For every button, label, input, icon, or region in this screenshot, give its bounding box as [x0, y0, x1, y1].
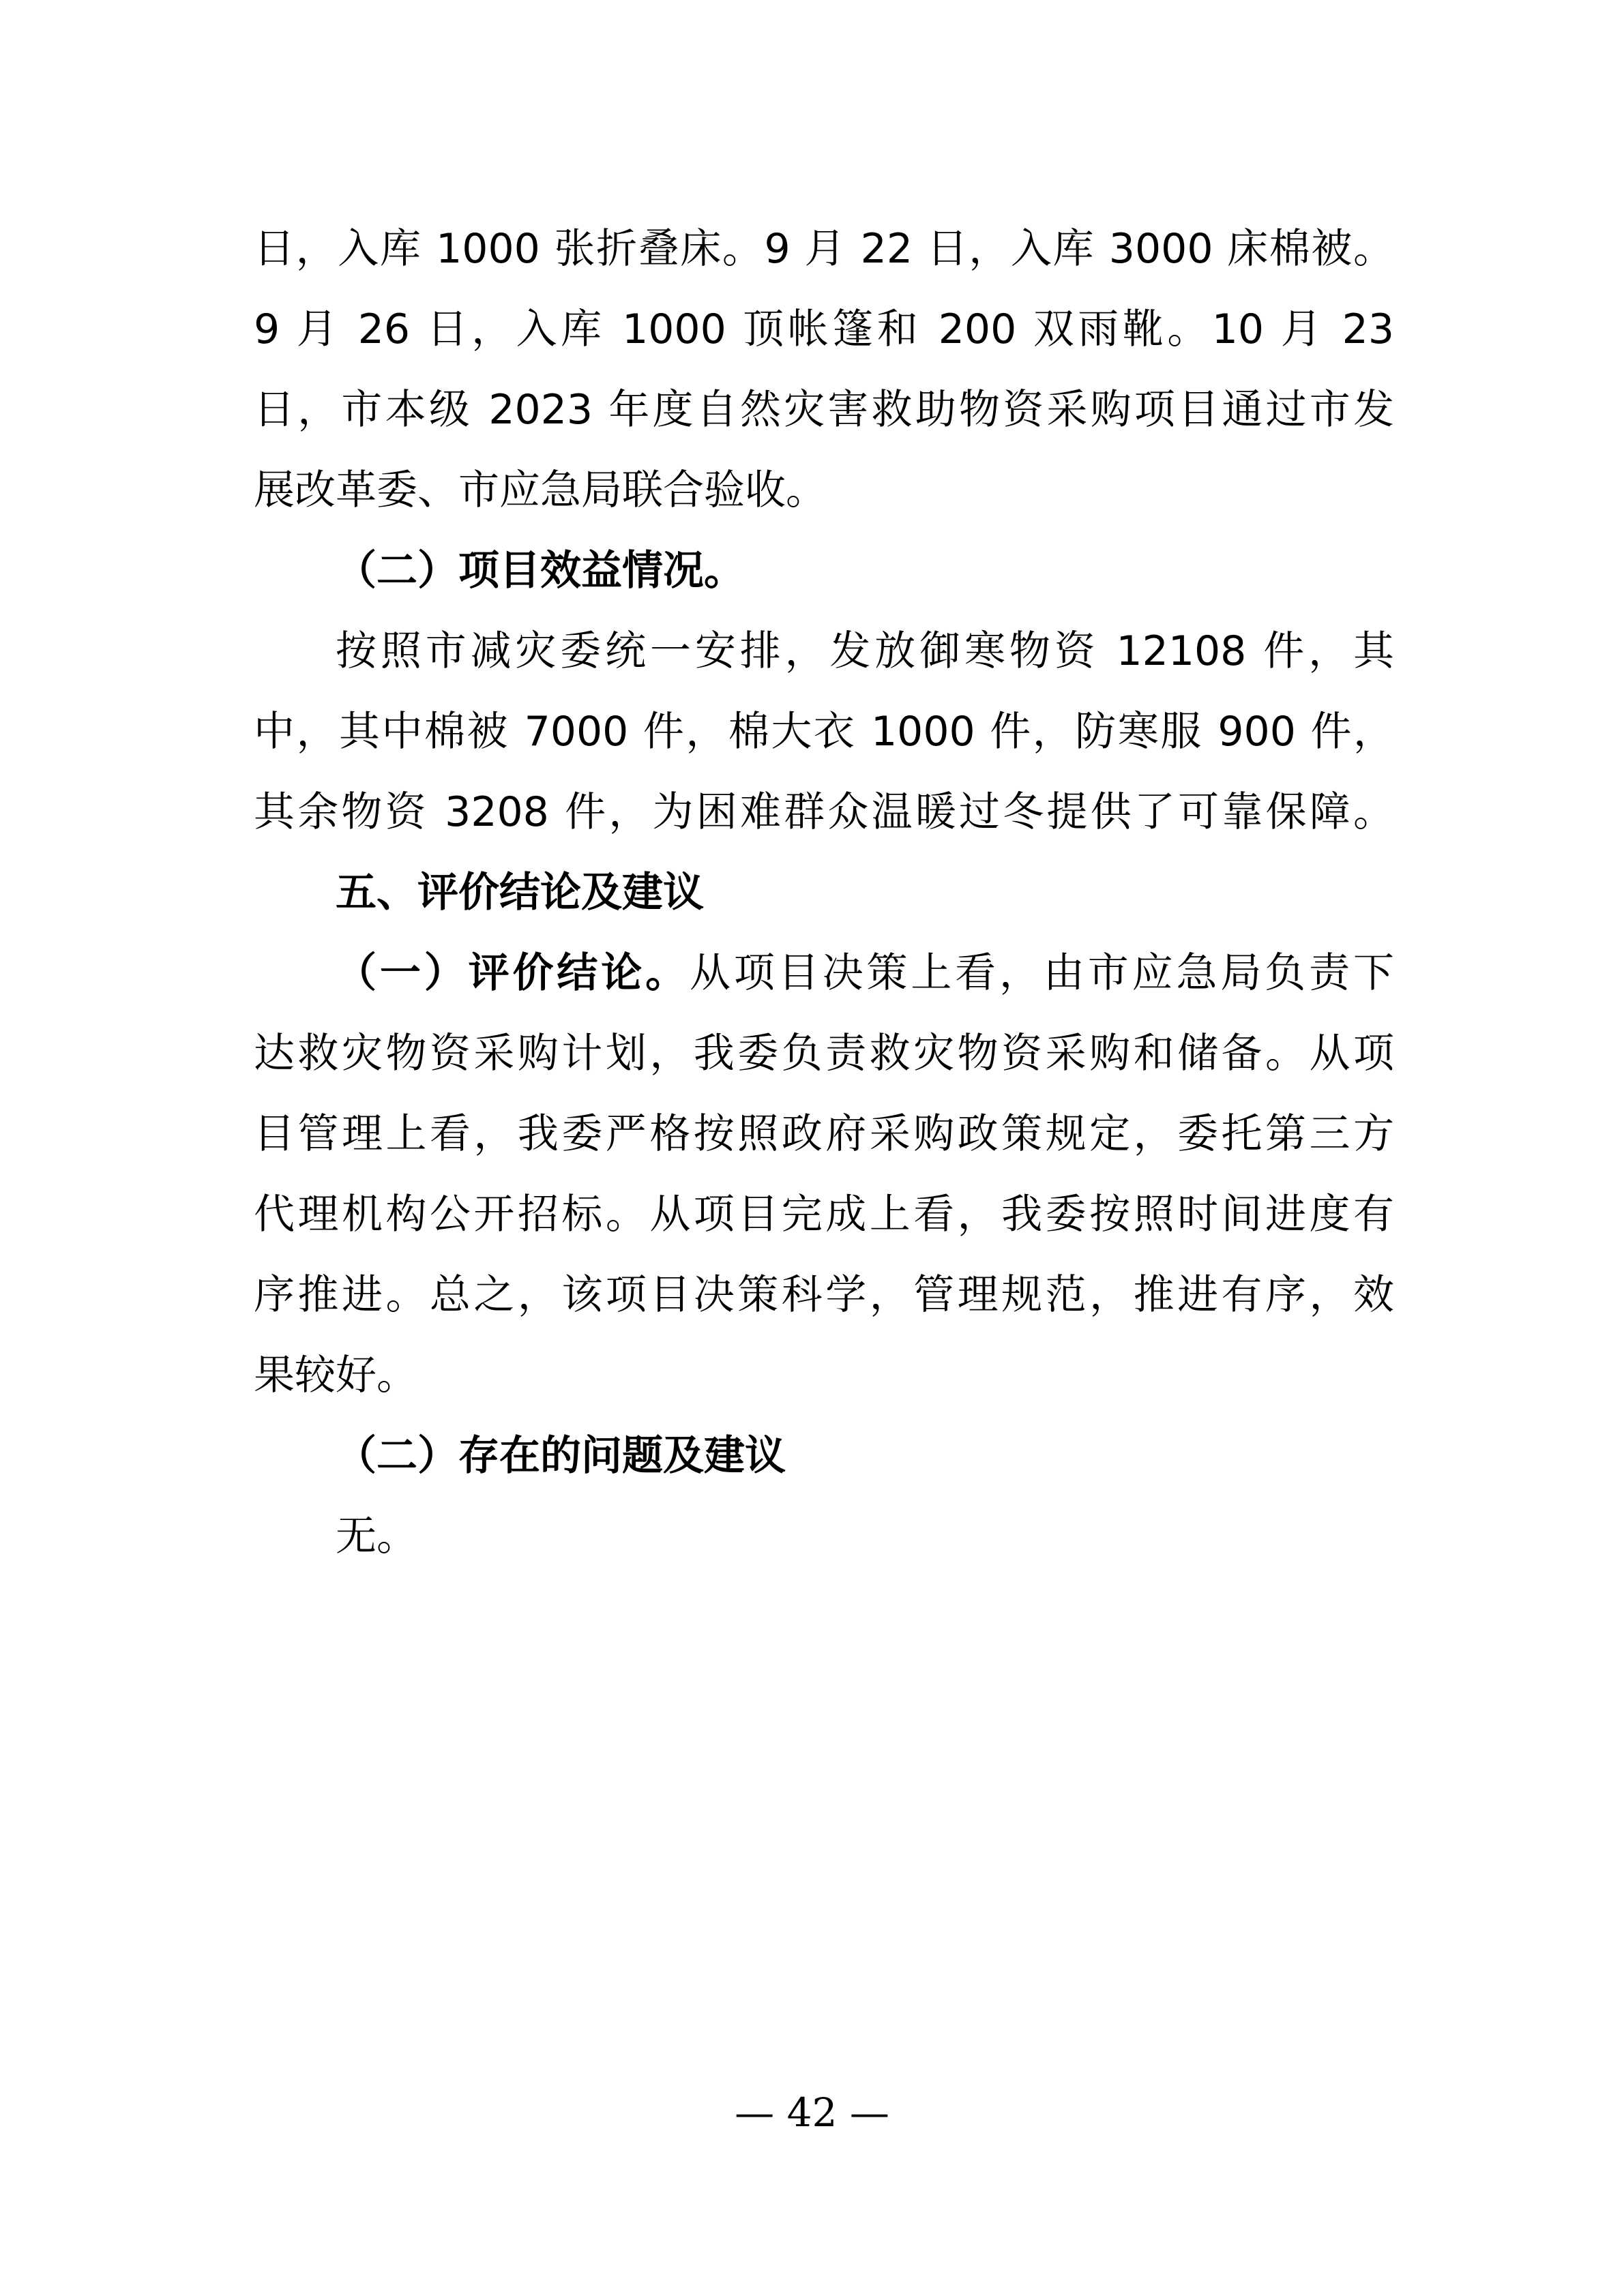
conclusion-line-1-text: 从项目决策上看，由市应急局负责下 — [690, 949, 1394, 997]
body-text: 日，入库 1000 张折叠床。9 月 22 日，入库 3000 床棉被。 9 月… — [254, 209, 1394, 1577]
heading-problems-and-suggestions: （二）存在的问题及建议 — [254, 1416, 1394, 1496]
paragraph-problems: 无。 — [254, 1496, 1394, 1577]
paragraph-warehouse-line-4: 展改革委、市应急局联合验收。 — [254, 450, 1394, 531]
paragraph-warehouse-line-3: 日，市本级 2023 年度自然灾害救助物资采购项目通过市发 — [254, 370, 1394, 450]
paragraph-conclusion-line-2: 达救灾物资采购计划，我委负责救灾物资采购和储备。从项 — [254, 1013, 1394, 1094]
paragraph-conclusion-line-4: 代理机构公开招标。从项目完成上看，我委按照时间进度有 — [254, 1174, 1394, 1255]
heading-conclusion-and-suggestions: 五、评价结论及建议 — [254, 852, 1394, 933]
paragraph-conclusion-line-1: （一）评价结论。从项目决策上看，由市应急局负责下 — [254, 933, 1394, 1013]
conclusion-lead-label: （一）评价结论。 — [336, 949, 690, 997]
document-page: 日，入库 1000 张折叠床。9 月 22 日，入库 3000 床棉被。 9 月… — [0, 0, 1624, 2296]
paragraph-conclusion-line-5: 序推进。总之，该项目决策科学，管理规范，推进有序，效 — [254, 1255, 1394, 1335]
paragraph-benefit-line-2: 中，其中棉被 7000 件，棉大衣 1000 件，防寒服 900 件， — [254, 691, 1394, 772]
paragraph-warehouse-line-2: 9 月 26 日，入库 1000 顶帐篷和 200 双雨靴。10 月 23 — [254, 289, 1394, 370]
paragraph-benefit-line-3: 其余物资 3208 件，为困难群众温暖过冬提供了可靠保障。 — [254, 772, 1394, 852]
paragraph-conclusion-line-3: 目管理上看，我委严格按照政府采购政策规定，委托第三方 — [254, 1094, 1394, 1174]
paragraph-benefit-line-1: 按照市减灾委统一安排，发放御寒物资 12108 件，其 — [254, 611, 1394, 691]
paragraph-warehouse-line-1: 日，入库 1000 张折叠床。9 月 22 日，入库 3000 床棉被。 — [254, 209, 1394, 289]
paragraph-conclusion-line-6: 果较好。 — [254, 1335, 1394, 1416]
footer-page-number: — 42 — — [0, 2085, 1624, 2140]
heading-project-benefit: （二）项目效益情况。 — [254, 531, 1394, 611]
